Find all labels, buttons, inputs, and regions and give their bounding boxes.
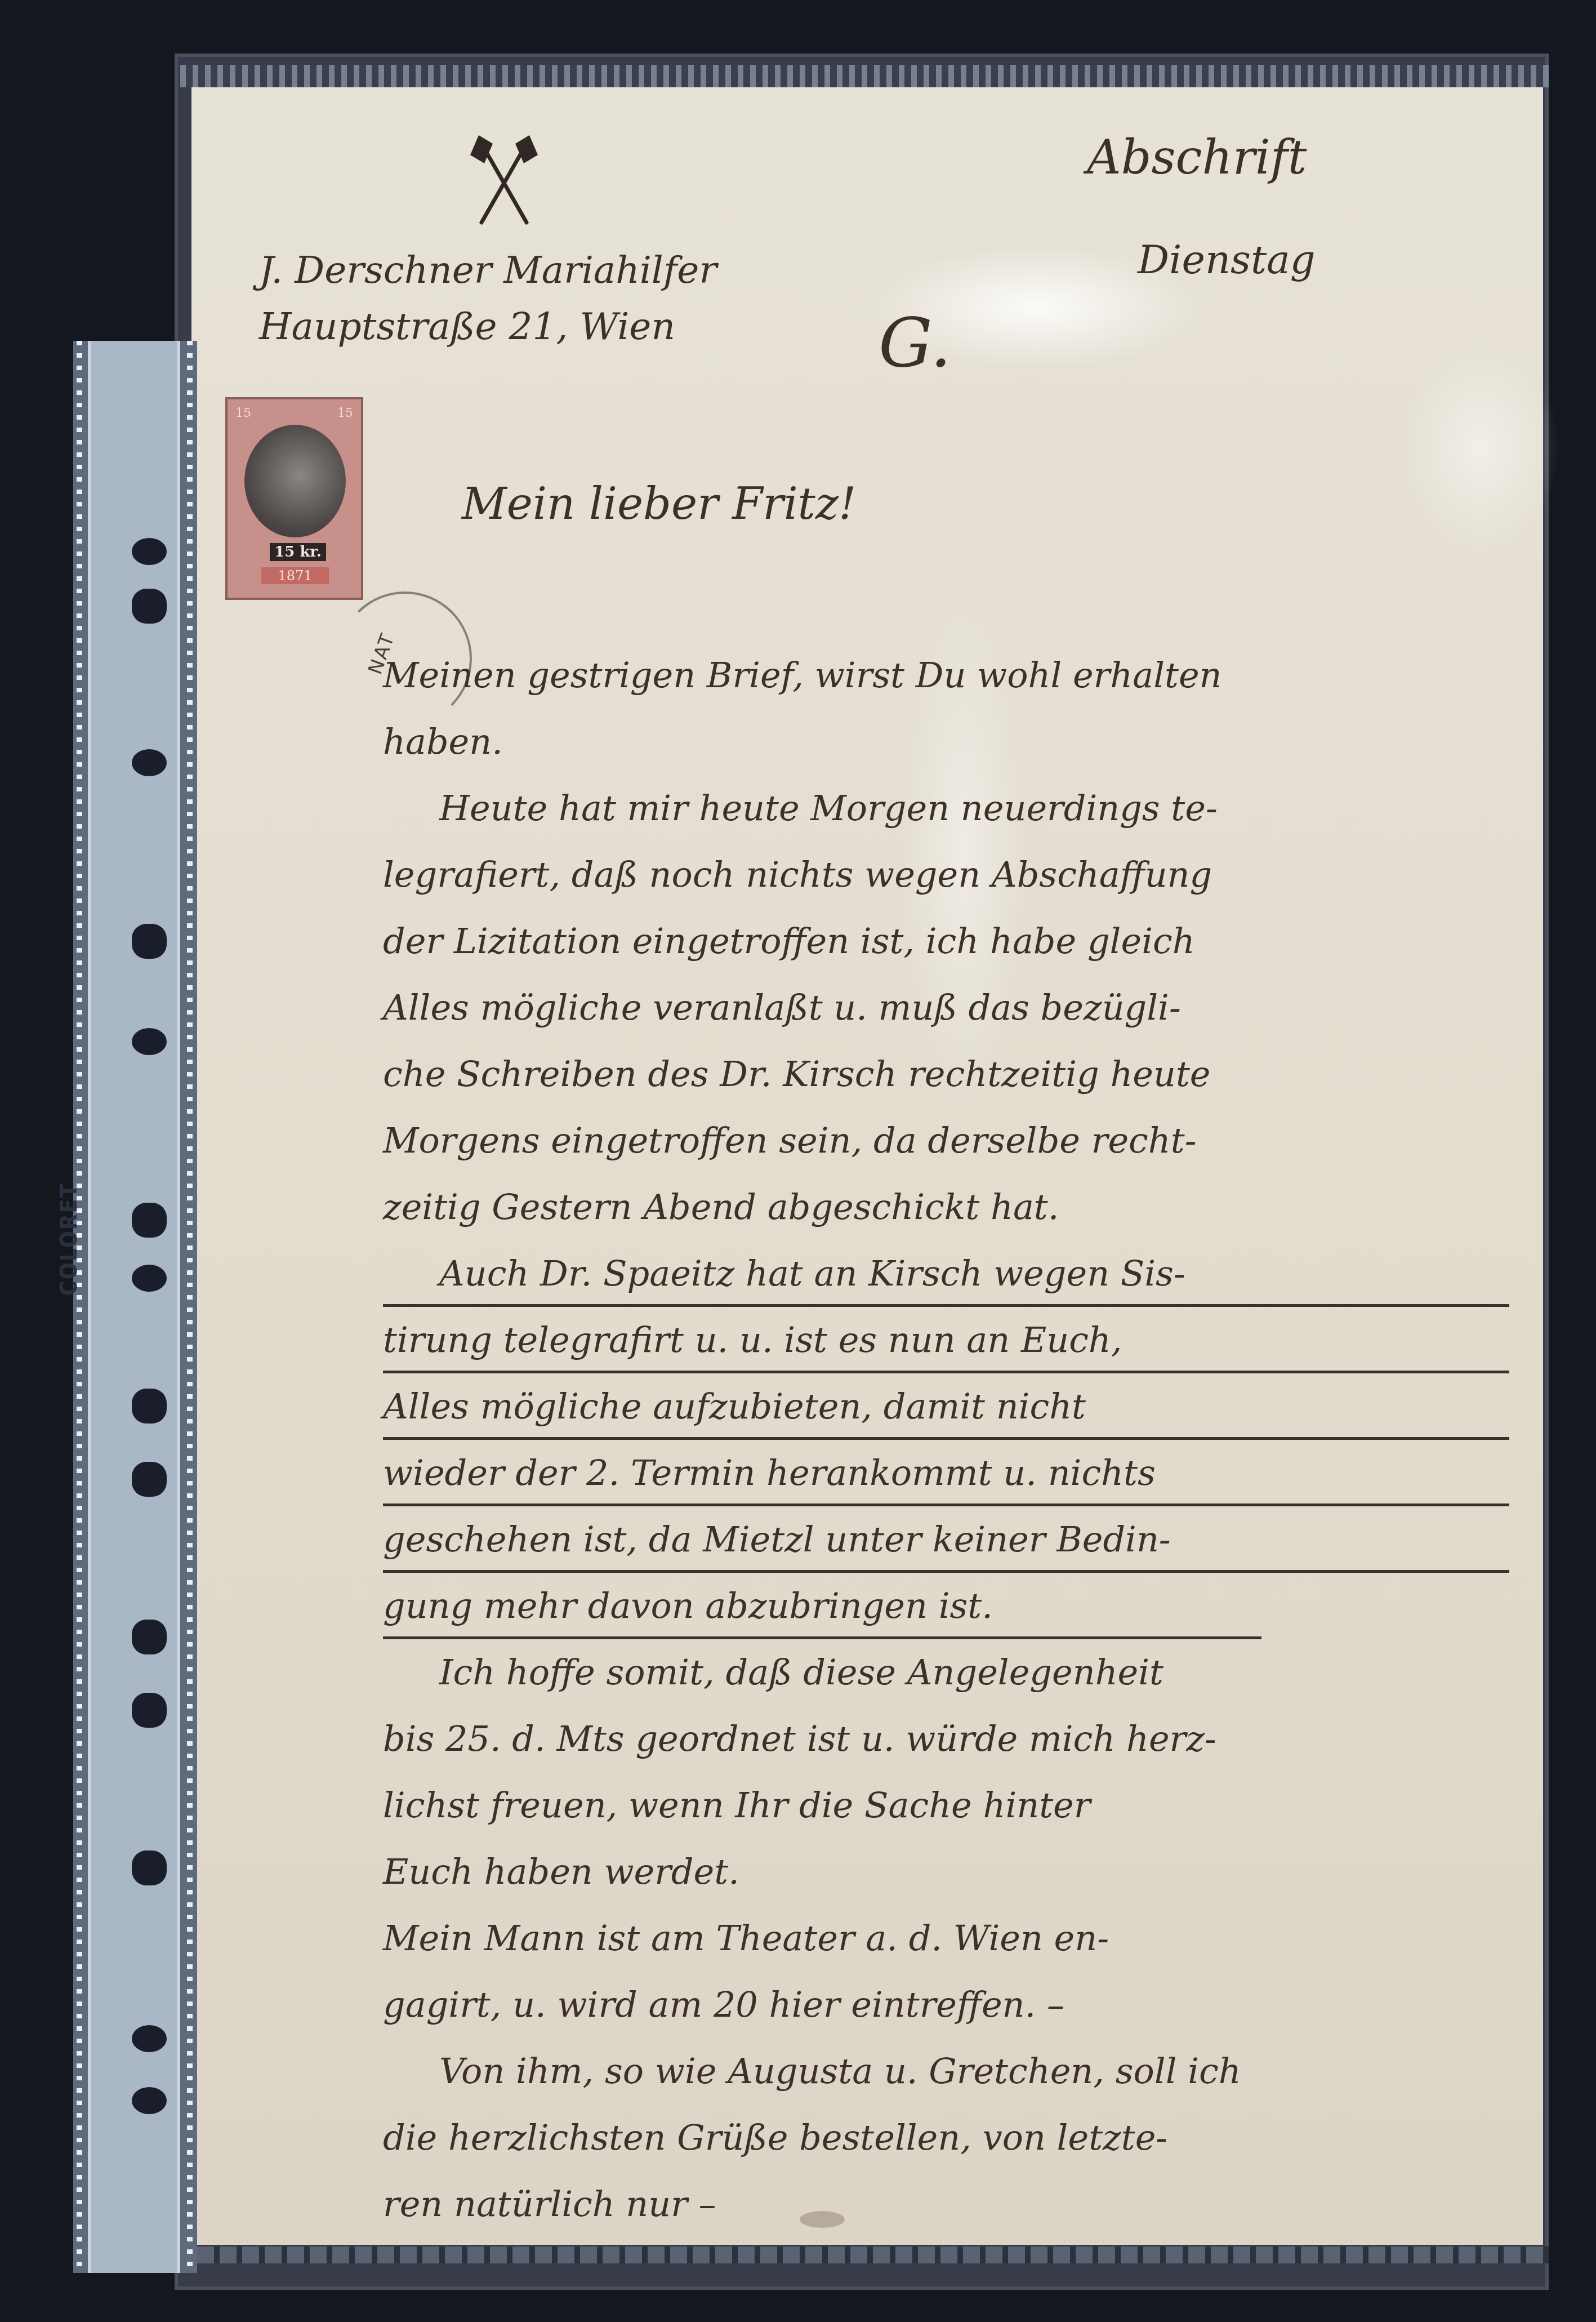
body-line: che Schreiben des Dr. Kirsch rechtzeitig… [383,1041,1509,1107]
crossed-hammers-icon [467,132,541,228]
stamp-year: 1871 [261,567,329,584]
body-line: Mein Mann ist am Theater a. d. Wien en- [383,1905,1509,1972]
punch-hole [132,749,167,776]
punch-hole [132,1028,167,1055]
body-line: legrafiert, daß noch nichts wegen Abscha… [383,842,1509,908]
body-line: Von ihm, so wie Augusta u. Gretchen, sol… [383,2038,1509,2105]
punch-hole [132,2025,167,2052]
sender-line-1: J. Derschner Mariahilfer [259,242,717,299]
letterhead-sender: J. Derschner Mariahilfer Hauptstraße 21,… [259,242,717,355]
punch-hole [132,1620,167,1654]
punch-hole [132,1389,167,1424]
body-line: ren natürlich nur – [383,2171,1509,2238]
body-line: die herzlichsten Grüße bestellen, von le… [383,2105,1509,2171]
sheet-protector-top-seam [180,65,1549,87]
body-line: bis 25. d. Mts geordnet ist u. würde mic… [383,1706,1509,1772]
punch-hole [132,538,167,565]
stamp-portrait-icon [244,425,346,537]
body-line: haben. [383,709,1509,775]
stamp-corner-value: 15 [235,406,251,420]
stamp-corner-value: 15 [337,406,353,420]
sender-line-2: Hauptstraße 21, Wien [259,299,717,355]
body-line-underlined: wieder der 2. Termin herankommt u. nicht… [383,1440,1509,1506]
body-line: gagirt, u. wird am 20 hier eintreffen. – [383,1972,1509,2038]
punch-hole [132,924,167,959]
initial-annotation: G. [879,304,952,382]
sheet-protector-bottom-seam [175,2247,1549,2263]
body-line-underlined: geschehen ist, da Mietzl unter keiner Be… [383,1506,1509,1573]
light-glare [1402,341,1560,555]
body-line: Meinen gestrigen Brief, wirst Du wohl er… [383,642,1509,709]
salutation: Mein lieber Fritz! [462,479,856,530]
copy-annotation: Abschrift [1087,130,1307,185]
body-line: zeitig Gestern Abend abgeschickt hat. [383,1174,1509,1240]
body-line: Euch haben werdet. [383,1839,1509,1905]
punch-hole [132,1462,167,1497]
body-line: der Lizitation eingetroffen ist, ich hab… [383,908,1509,975]
body-line-underlined: tirung telegrafirt u. u. ist es nun an E… [383,1307,1509,1373]
body-line: lichst freuen, wenn Ihr die Sache hinter [383,1772,1509,1839]
body-line-underlined: Alles mögliche aufzubieten, damit nicht [383,1373,1509,1440]
punch-hole [132,589,167,624]
body-line: Alles mögliche veranlaßt u. muß das bezü… [383,975,1509,1041]
binder-brand-label: COLORET [56,1183,82,1296]
body-line: Ich hoffe somit, daß diese Angelegenheit [383,1639,1509,1706]
body-line: Heute hat mir heute Morgen neuerdings te… [383,775,1509,842]
punch-hole [132,1851,167,1885]
body-line-underlined: Auch Dr. Spaeitz hat an Kirsch wegen Sis… [383,1240,1509,1307]
letter-body: Meinen gestrigen Brief, wirst Du wohl er… [383,642,1509,2238]
punch-hole [132,2087,167,2114]
day-annotation: Dienstag [1138,237,1316,283]
punch-hole [132,1693,167,1728]
paper-tear [800,2211,845,2228]
body-line: Morgens eingetroffen sein, da derselbe r… [383,1107,1509,1174]
binder-strip [73,341,197,2273]
stamp-value: 15 kr. [270,543,326,561]
punch-hole [132,1265,167,1292]
revenue-stamp: 15 15 15 kr. 1871 [225,397,363,600]
punch-hole [132,1203,167,1238]
body-line-underlined: gung mehr davon abzubringen ist. [383,1573,1261,1639]
